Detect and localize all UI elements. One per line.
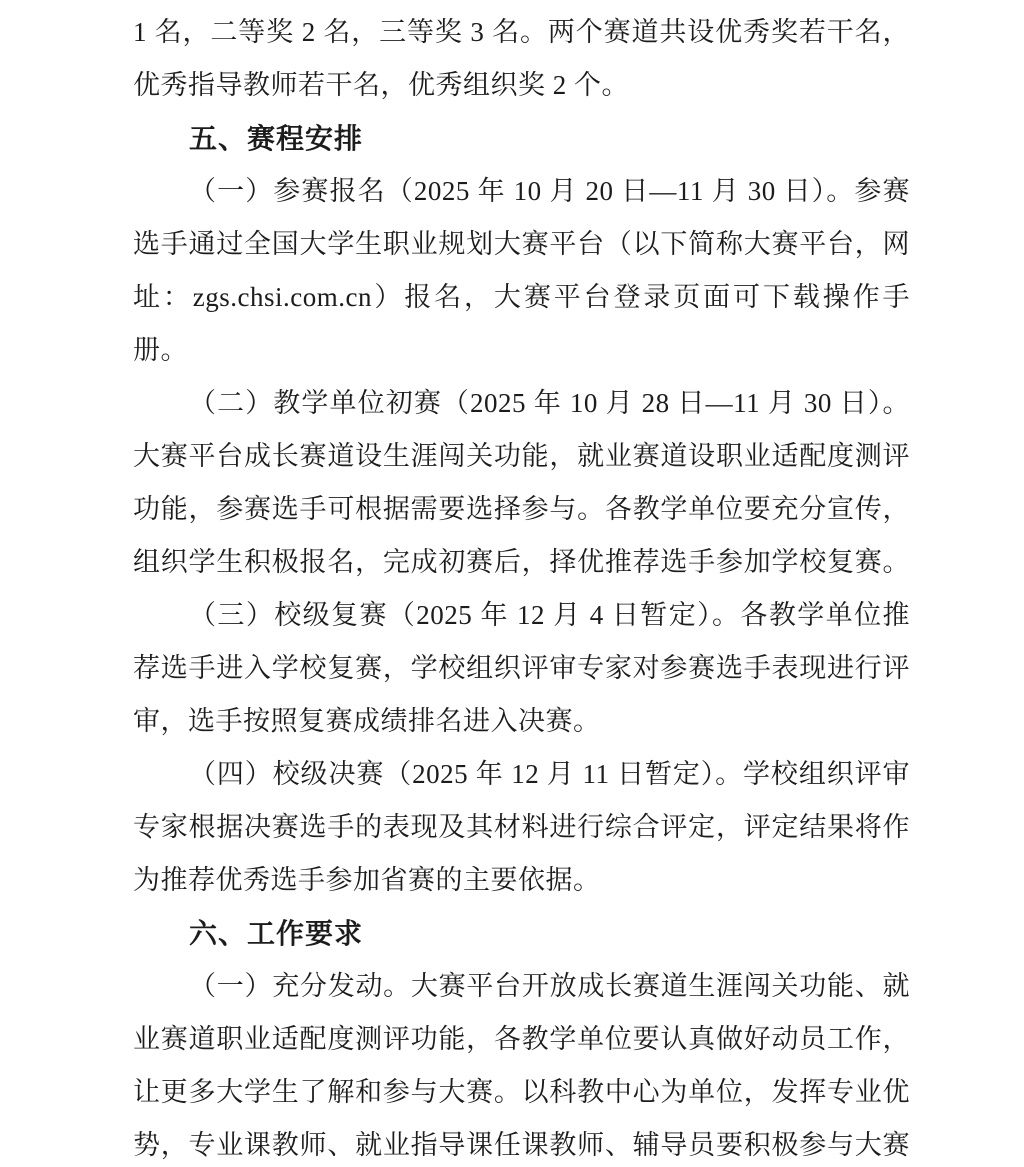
body-line: 1 名，二等奖 2 名，三等奖 3 名。两个赛道共设优秀奖若干名，	[133, 6, 910, 59]
body-line: 专家根据决赛选手的表现及其材料进行综合评定，评定结果将作	[133, 801, 910, 854]
body-line-paragraph-end: 组织学生积极报名，完成初赛后，择优推荐选手参加学校复赛。	[133, 536, 910, 589]
body-line-url: 址：zgs.chsi.com.cn）报名，大赛平台登录页面可下载操作手	[133, 271, 910, 324]
body-line-item-1-start: （一）充分发动。大赛平台开放成长赛道生涯闯关功能、就	[133, 960, 910, 1013]
body-line-item-1-start: （一）参赛报名（2025 年 10 月 20 日—11 月 30 日）。参赛	[133, 165, 910, 218]
body-line: 势，专业课教师、就业指导课任课教师、辅导员要积极参与大赛	[133, 1119, 910, 1167]
body-line-item-4-start: （四）校级决赛（2025 年 12 月 11 日暂定）。学校组织评审	[133, 748, 910, 801]
body-line: 让更多大学生了解和参与大赛。以科教中心为单位，发挥专业优	[133, 1066, 910, 1119]
section-heading-5: 五、赛程安排	[133, 112, 910, 165]
section-heading-6: 六、工作要求	[133, 907, 910, 960]
body-line: 荐选手进入学校复赛，学校组织评审专家对参赛选手表现进行评	[133, 642, 910, 695]
body-line-item-2-start: （二）教学单位初赛（2025 年 10 月 28 日—11 月 30 日）。	[133, 377, 910, 430]
body-line-paragraph-end: 优秀指导教师若干名，优秀组织奖 2 个。	[133, 59, 910, 112]
text-block: 1 名，二等奖 2 名，三等奖 3 名。两个赛道共设优秀奖若干名， 优秀指导教师…	[133, 6, 910, 1167]
document-page: 1 名，二等奖 2 名，三等奖 3 名。两个赛道共设优秀奖若干名， 优秀指导教师…	[0, 0, 1024, 1167]
body-line-paragraph-end: 审，选手按照复赛成绩排名进入决赛。	[133, 695, 910, 748]
body-line-paragraph-end: 为推荐优秀选手参加省赛的主要依据。	[133, 854, 910, 907]
body-line: 功能，参赛选手可根据需要选择参与。各教学单位要充分宣传，	[133, 483, 910, 536]
body-line-item-3-start: （三）校级复赛（2025 年 12 月 4 日暂定）。各教学单位推	[133, 589, 910, 642]
body-line: 选手通过全国大学生职业规划大赛平台（以下简称大赛平台，网	[133, 218, 910, 271]
body-line-paragraph-end: 册。	[133, 324, 910, 377]
body-line: 业赛道职业适配度测评功能，各教学单位要认真做好动员工作，	[133, 1013, 910, 1066]
body-line: 大赛平台成长赛道设生涯闯关功能，就业赛道设职业适配度测评	[133, 430, 910, 483]
